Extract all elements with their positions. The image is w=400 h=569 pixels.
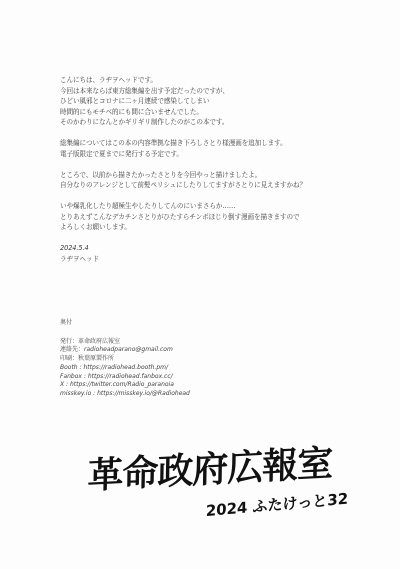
text-line: ひどい風邪とコロナに二ヶ月連続で感染してしまい xyxy=(60,96,390,107)
afterword: こんにちは、ラヂヲヘッドです。 今回は本来ならば東方総集編を出す予定だったのです… xyxy=(60,75,390,275)
text-line: そのかわりになんとかギリギリ制作したのがこの本です。 xyxy=(60,117,390,128)
afterword-paragraph-1: こんにちは、ラヂヲヘッドです。 今回は本来ならば東方総集編を出す予定だったのです… xyxy=(60,75,390,128)
colophon-label: misskey.io xyxy=(60,390,91,397)
colophon-printer: 印刷：秋葉原製作所 xyxy=(60,355,190,364)
colophon-label: X xyxy=(60,381,64,388)
colophon-label: 発行 xyxy=(60,338,72,345)
text-line: 電子版限定で夏までに発行する予定です。 xyxy=(60,149,390,160)
text-line: ところで、以前から描きたかったさとりを今回やっと描けましたよ。 xyxy=(60,170,390,181)
colophon-value: 秋葉原製作所 xyxy=(78,355,114,362)
text-line: 今回は本来ならば東方総集編を出す予定だったのですが、 xyxy=(60,86,390,97)
fanbox-link[interactable]: https://radiohead.fanbox.cc/ xyxy=(88,373,173,380)
afterword-date: 2024.5.4 xyxy=(60,243,390,254)
booth-link[interactable]: https://radiohead.booth.pm/ xyxy=(83,364,168,371)
contact-email[interactable]: radioheadparano@gmail.com xyxy=(84,346,173,353)
afterword-paragraph-4: いや爆乳化したり超極生やしたりしてんのにいまさらか…… とりあえずこんなデカチン… xyxy=(60,201,390,233)
colophon-misskey: misskey.io : https://misskey.io/@Radiohe… xyxy=(60,390,190,399)
text-line: こんにちは、ラヂヲヘッドです。 xyxy=(60,75,390,86)
x-link[interactable]: https://twitter.com/Radio_paranoia xyxy=(70,381,174,388)
colophon-x: X : https://twitter.com/Radio_paranoia xyxy=(60,381,190,390)
text-line: 時間的にもモチベ的にも間に合いませんでした。 xyxy=(60,107,390,118)
signoff: 2024.5.4 ラヂヲヘッド xyxy=(60,243,390,264)
back-cover-page: こんにちは、ラヂヲヘッドです。 今回は本来ならば東方総集編を出す予定だったのです… xyxy=(0,0,400,569)
colophon-value: 革命政府広報室 xyxy=(78,338,120,345)
colophon-booth: Booth : https://radiohead.booth.pm/ xyxy=(60,364,190,373)
text-line: いや爆乳化したり超極生やしたりしてんのにいまさらか…… xyxy=(60,201,390,212)
text-line: 総集編についてはこの本の内容準拠な描き下ろしさとり様漫画を追加します。 xyxy=(60,138,390,149)
colophon-heading: 奥付 xyxy=(60,319,190,328)
text-line: よろしくお願いします。 xyxy=(60,222,390,233)
text-line: とりあえずこんなデカチンさとりがひたすらチンポほじり倒す漫画を描きますので xyxy=(60,212,390,223)
colophon-label: Booth xyxy=(60,364,78,371)
circle-name: 革命政府広報室 xyxy=(87,435,333,499)
afterword-paragraph-2: 総集編についてはこの本の内容準拠な描き下ろしさとり様漫画を追加します。 電子版限… xyxy=(60,138,390,159)
colophon-label: 連絡先 xyxy=(60,346,78,353)
event-name: 2024 ふたけっと32 xyxy=(206,488,349,522)
text-line: 自分なりのアレンジとして前髪ペリシュにしたりしてますがさとりに見えますかね？ xyxy=(60,180,390,191)
colophon-fanbox: Fanbox : https://radiohead.fanbox.cc/ xyxy=(60,373,190,382)
colophon-contact: 連絡先：radioheadparano@gmail.com xyxy=(60,346,190,355)
colophon-label: Fanbox xyxy=(60,373,82,380)
afterword-author: ラヂヲヘッド xyxy=(60,254,390,265)
afterword-paragraph-3: ところで、以前から描きたかったさとりを今回やっと描けましたよ。 自分なりのアレン… xyxy=(60,170,390,191)
handwritten-signature: 革命政府広報室 2024 ふたけっと32 xyxy=(88,448,388,538)
colophon: 奥付 発行：革命政府広報室 連絡先：radioheadparano@gmail.… xyxy=(60,319,190,399)
colophon-label: 印刷 xyxy=(60,355,72,362)
misskey-link[interactable]: https://misskey.io/@Radiohead xyxy=(97,390,190,397)
